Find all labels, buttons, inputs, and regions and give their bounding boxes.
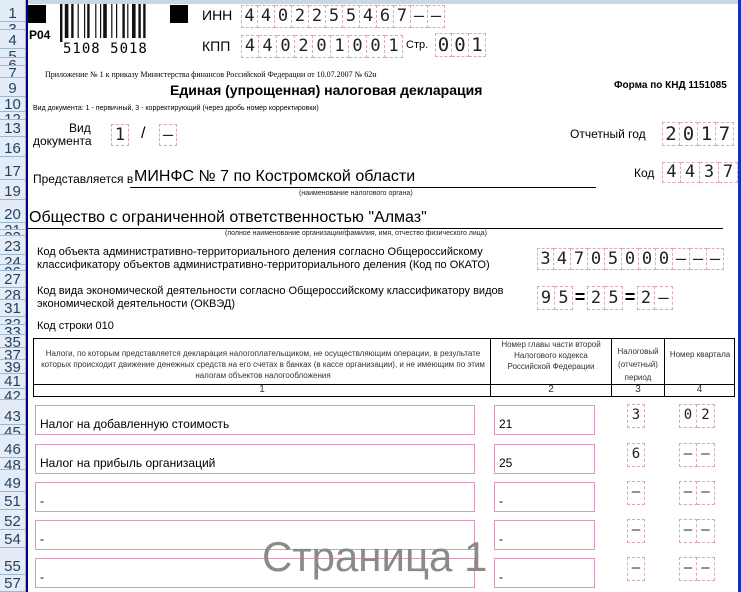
period-field[interactable]: – bbox=[627, 519, 645, 543]
digit-cell[interactable]: 7 bbox=[571, 248, 588, 270]
quarter-field[interactable]: –– bbox=[679, 481, 715, 505]
row-header[interactable]: 52 bbox=[0, 510, 25, 530]
row-header[interactable]: 49 bbox=[0, 470, 25, 492]
doc-type-slash: / bbox=[141, 125, 145, 143]
row-header[interactable]: 4 bbox=[0, 30, 25, 49]
digit-cell[interactable]: 0 bbox=[435, 33, 452, 57]
page-border-left bbox=[26, 0, 28, 592]
row-header[interactable]: 6 bbox=[0, 58, 25, 66]
tax-name-field[interactable]: Налог на прибыль организаций bbox=[35, 444, 475, 474]
digit-cell[interactable]: – bbox=[159, 124, 177, 146]
digit-cell[interactable]: 2 bbox=[697, 404, 715, 428]
tax-authority-underline bbox=[130, 187, 596, 188]
row-header[interactable]: 57 bbox=[0, 575, 25, 592]
digit-cell[interactable]: 1 bbox=[698, 122, 716, 146]
digit-cell[interactable]: 0 bbox=[313, 35, 331, 58]
column-header-quarter: Номер квартала bbox=[666, 349, 734, 360]
digit-cell[interactable]: 0 bbox=[680, 122, 698, 146]
digit-cell[interactable]: – bbox=[690, 248, 707, 270]
row-header[interactable]: 33 bbox=[0, 325, 25, 335]
row-header[interactable]: 21 bbox=[0, 223, 25, 230]
tax-name-field[interactable]: Налог на добавленную стоимость bbox=[35, 405, 475, 435]
digit-cell[interactable]: 0 bbox=[452, 33, 469, 57]
organization-caption: (полное наименование организации/фамилия… bbox=[225, 230, 487, 237]
row-header[interactable]: 13 bbox=[0, 120, 25, 137]
digit-cell[interactable]: 5 bbox=[605, 286, 623, 310]
period-field[interactable]: 3 bbox=[627, 404, 645, 428]
code-label: Код bbox=[634, 166, 654, 180]
row-header[interactable]: 46 bbox=[0, 435, 25, 458]
digit-cell[interactable]: 0 bbox=[349, 35, 367, 58]
row-header[interactable]: 43 bbox=[0, 400, 25, 425]
row-header[interactable]: 12 bbox=[0, 112, 25, 120]
okved-label-line-1: Код вида экономической деятельности согл… bbox=[37, 285, 503, 298]
row-header[interactable]: 45 bbox=[0, 425, 25, 435]
year-label: Отчетный год bbox=[570, 127, 646, 141]
digit-cell[interactable]: – bbox=[697, 443, 715, 467]
row-header-column: 1345679101213161719202122232426272831323… bbox=[0, 0, 26, 592]
digit-cell[interactable]: – bbox=[679, 443, 697, 467]
knd-code: Форма по КНД 1151085 bbox=[614, 80, 727, 91]
digit-cell[interactable]: 6 bbox=[377, 5, 394, 28]
submitted-label: Представляется в bbox=[33, 172, 133, 186]
row-header[interactable]: 28 bbox=[0, 288, 25, 300]
chapter-field[interactable]: - bbox=[494, 482, 595, 512]
appendix-note: Приложение № 1 к приказу Министерства фи… bbox=[45, 70, 377, 79]
barcode-icon bbox=[60, 4, 155, 42]
chapter-field[interactable]: - bbox=[494, 520, 595, 550]
digit-cell[interactable]: 1 bbox=[111, 124, 129, 146]
digit-cell[interactable]: 2 bbox=[587, 286, 605, 310]
digit-cell[interactable]: 0 bbox=[639, 248, 656, 270]
row-header[interactable]: 48 bbox=[0, 458, 25, 470]
quarter-field[interactable]: 02 bbox=[679, 404, 715, 428]
digit-cell[interactable]: 3 bbox=[700, 162, 719, 183]
authority-code-field[interactable]: 4437 bbox=[662, 162, 738, 183]
row-header[interactable]: 41 bbox=[0, 374, 25, 389]
digit-cell[interactable]: – bbox=[627, 481, 645, 505]
row-header[interactable]: 16 bbox=[0, 137, 25, 157]
digit-cell[interactable]: 9 bbox=[537, 286, 555, 310]
okato-label-line-1: Код объекта административно-территориаль… bbox=[37, 246, 490, 259]
tax-authority-field[interactable]: МИНФС № 7 по Костромской области bbox=[134, 168, 415, 186]
digit-cell[interactable]: 4 bbox=[662, 162, 681, 183]
reporting-year-field[interactable]: 2017 bbox=[662, 122, 734, 146]
digit-cell[interactable]: 0 bbox=[656, 248, 673, 270]
organization-underline bbox=[28, 228, 723, 229]
digit-cell[interactable]: 5 bbox=[326, 5, 343, 28]
digit-cell[interactable]: – bbox=[428, 5, 445, 28]
anchor-square-right bbox=[170, 5, 188, 23]
digit-cell[interactable]: 2 bbox=[637, 286, 655, 310]
row-header[interactable]: 3 bbox=[0, 22, 25, 30]
digit-cell[interactable]: 2 bbox=[295, 35, 313, 58]
document-title: Единая (упрощенная) налоговая декларация bbox=[170, 82, 482, 98]
digit-cell[interactable]: 4 bbox=[360, 5, 377, 28]
doc-type-note: Вид документа: 1 - первичный, 3 - коррек… bbox=[33, 105, 319, 112]
digit-cell[interactable]: 0 bbox=[622, 248, 639, 270]
doc-type-label-2: документа bbox=[33, 134, 92, 148]
row-header[interactable]: 31 bbox=[0, 300, 25, 317]
column-number-2: 2 bbox=[491, 384, 611, 395]
chapter-field[interactable]: 25 bbox=[494, 444, 595, 474]
digit-cell[interactable]: 7 bbox=[716, 122, 734, 146]
row-header[interactable]: 1 bbox=[0, 0, 25, 22]
digit-cell[interactable]: 2 bbox=[292, 5, 309, 28]
kpp-field[interactable]: 440201001 bbox=[241, 35, 403, 58]
digit-cell[interactable]: – bbox=[697, 519, 715, 543]
quarter-field[interactable]: –– bbox=[679, 557, 715, 581]
okved-label: Код вида экономической деятельности согл… bbox=[37, 285, 503, 311]
doc-type-label: Вид bbox=[69, 121, 91, 135]
inn-label: ИНН bbox=[202, 7, 232, 23]
row-header[interactable]: 7 bbox=[0, 66, 25, 78]
row-header[interactable]: 39 bbox=[0, 360, 25, 374]
quarter-field[interactable]: –– bbox=[679, 519, 715, 543]
period-field[interactable]: – bbox=[627, 481, 645, 505]
digit-cell[interactable]: 2 bbox=[662, 122, 680, 146]
row-header[interactable]: 17 bbox=[0, 157, 25, 180]
period-field[interactable]: 6 bbox=[627, 443, 645, 467]
digit-cell[interactable]: 4 bbox=[259, 35, 277, 58]
tax-name-field[interactable]: - bbox=[35, 558, 475, 588]
page-number-field[interactable]: 001 bbox=[435, 33, 486, 57]
form-code: Р04 bbox=[29, 28, 50, 42]
digit-cell[interactable]: 3 bbox=[627, 404, 645, 428]
doc-type-field[interactable]: 1 bbox=[111, 124, 129, 146]
digit-cell[interactable]: 0 bbox=[367, 35, 385, 58]
digit-cell[interactable]: – bbox=[411, 5, 428, 28]
period-field[interactable]: – bbox=[627, 557, 645, 581]
quarter-field[interactable]: –– bbox=[679, 443, 715, 467]
row-header[interactable]: 5 bbox=[0, 49, 25, 58]
kpp-label: КПП bbox=[202, 38, 230, 54]
digit-cell[interactable]: – bbox=[707, 248, 724, 270]
digit-cell[interactable]: – bbox=[697, 557, 715, 581]
anchor-square-left bbox=[28, 5, 46, 23]
digit-cell[interactable]: – bbox=[679, 519, 697, 543]
tax-authority-caption: (наименование налогового органа) bbox=[299, 190, 413, 197]
tax-name-field[interactable]: - bbox=[35, 520, 475, 550]
inn-field[interactable]: 4402255467–– bbox=[241, 5, 445, 28]
row-header[interactable]: 24 bbox=[0, 255, 25, 265]
digit-cell[interactable]: – bbox=[627, 519, 645, 543]
digit-cell[interactable]: 4 bbox=[241, 35, 259, 58]
digit-cell[interactable]: 5 bbox=[555, 286, 573, 310]
okved-field[interactable]: 95=25=2– bbox=[537, 286, 673, 310]
taxes-table-header: Налоги, по которым представляется деклар… bbox=[33, 338, 735, 397]
digit-cell[interactable]: 6 bbox=[627, 443, 645, 467]
digit-cell[interactable]: – bbox=[655, 286, 673, 310]
line-code-label: Код строки 010 bbox=[37, 320, 114, 332]
digit-cell[interactable]: 1 bbox=[469, 33, 486, 57]
column-number-4: 4 bbox=[665, 384, 734, 395]
row-header[interactable]: 51 bbox=[0, 492, 25, 510]
okved-separator: = bbox=[573, 286, 587, 310]
row-header[interactable]: 23 bbox=[0, 236, 25, 255]
okato-label: Код объекта административно-территориаль… bbox=[37, 246, 490, 272]
digit-cell[interactable]: 4 bbox=[258, 5, 275, 28]
digit-cell[interactable]: 2 bbox=[309, 5, 326, 28]
row-header[interactable]: 37 bbox=[0, 348, 25, 360]
okved-separator: = bbox=[623, 286, 637, 310]
organization-name-field[interactable]: Общество с ограниченной ответственностью… bbox=[29, 209, 427, 227]
digit-cell[interactable]: 3 bbox=[537, 248, 554, 270]
chapter-field[interactable]: 21 bbox=[494, 405, 595, 435]
row-header[interactable]: 10 bbox=[0, 97, 25, 112]
digit-cell[interactable]: 0 bbox=[588, 248, 605, 270]
digit-cell[interactable]: – bbox=[679, 557, 697, 581]
row-header[interactable]: 42 bbox=[0, 389, 25, 400]
digit-cell[interactable]: 0 bbox=[275, 5, 292, 28]
digit-cell[interactable]: – bbox=[627, 557, 645, 581]
row-header[interactable]: 32 bbox=[0, 317, 25, 325]
digit-cell[interactable]: 1 bbox=[331, 35, 349, 58]
digit-cell[interactable]: 4 bbox=[681, 162, 700, 183]
tax-name-field[interactable]: - bbox=[35, 482, 475, 512]
digit-cell[interactable]: 1 bbox=[385, 35, 403, 58]
okato-field[interactable]: 34705000––– bbox=[537, 248, 724, 270]
row-header[interactable]: 20 bbox=[0, 200, 25, 223]
okato-label-line-2: классификатору объектов административно-… bbox=[37, 259, 490, 272]
digit-cell[interactable]: 0 bbox=[679, 404, 697, 428]
column-header-chapter: Номер главы части второй Налогового коде… bbox=[493, 339, 609, 372]
okved-label-line-2: экономической деятельности (ОКВЭД) bbox=[37, 298, 503, 311]
column-number-1: 1 bbox=[34, 384, 490, 395]
digit-cell[interactable]: 7 bbox=[394, 5, 411, 28]
chapter-field[interactable]: - bbox=[494, 558, 595, 588]
row-header[interactable]: 19 bbox=[0, 180, 25, 200]
digit-cell[interactable]: 4 bbox=[554, 248, 571, 270]
column-header-period: Налоговый (отчетный) период bbox=[613, 345, 663, 384]
barcode-number: 5108 5018 bbox=[63, 41, 148, 57]
digit-cell[interactable]: 5 bbox=[605, 248, 622, 270]
row-header[interactable]: 54 bbox=[0, 530, 25, 548]
page-label: Стр. bbox=[406, 39, 428, 51]
digit-cell[interactable]: 0 bbox=[277, 35, 295, 58]
row-header[interactable]: 27 bbox=[0, 271, 25, 288]
row-header[interactable]: 55 bbox=[0, 548, 25, 575]
row-header[interactable]: 35 bbox=[0, 335, 25, 348]
digit-cell[interactable]: 7 bbox=[719, 162, 738, 183]
digit-cell[interactable]: 4 bbox=[241, 5, 258, 28]
column-header-taxes: Налоги, по которым представляется деклар… bbox=[38, 348, 488, 381]
column-number-3: 3 bbox=[612, 384, 664, 395]
digit-cell[interactable]: – bbox=[673, 248, 690, 270]
row-header[interactable]: 9 bbox=[0, 78, 25, 97]
digit-cell[interactable]: 5 bbox=[343, 5, 360, 28]
correction-number-field[interactable]: – bbox=[159, 124, 177, 146]
digit-cell[interactable]: – bbox=[679, 481, 697, 505]
digit-cell[interactable]: – bbox=[697, 481, 715, 505]
